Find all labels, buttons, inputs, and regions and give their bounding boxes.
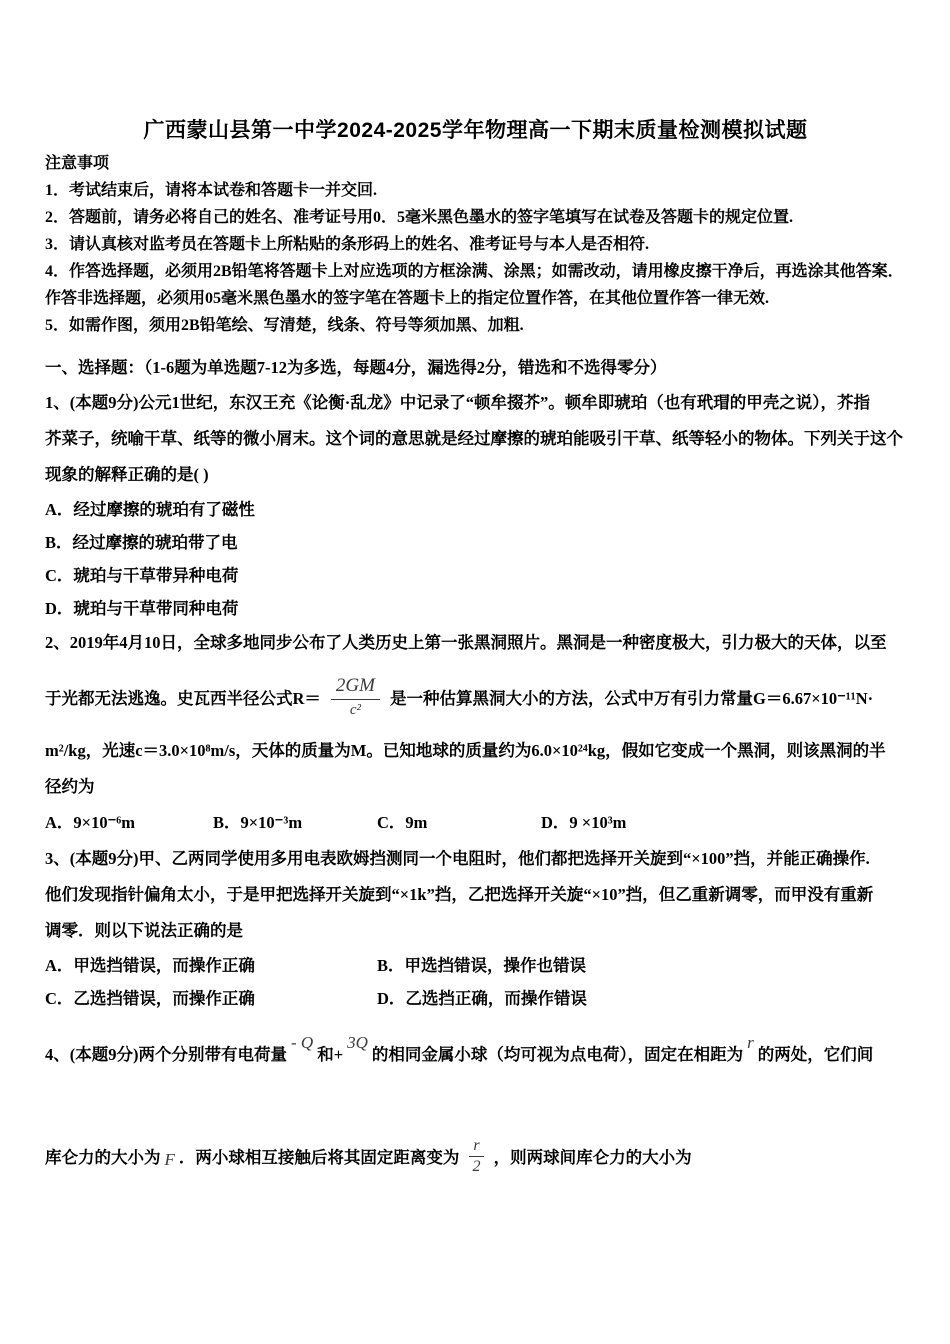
q4-mid-text-1: 和+ xyxy=(317,1041,343,1065)
q4-pre-text: 4、(本题9分)两个分别带有电荷量 xyxy=(45,1041,287,1065)
q3-text-line-2: 他们发现指针偏角太小，于是甲把选择开关旋到“×1k”挡，乙把选择开关旋“×10”… xyxy=(45,877,906,913)
q2-formula-line: 于光都无法逃逸。史瓦西半径公式R＝ 2GM c² 是一种估算黑洞大小的方法，公式… xyxy=(45,661,906,733)
q1-option-a: A．经过摩擦的琥珀有了磁性 xyxy=(45,493,906,526)
q1-option-b: B．经过摩擦的琥珀带了电 xyxy=(45,526,906,559)
half-distance-fraction: r 2 xyxy=(469,1137,483,1175)
q3-text-line-1: 3、(本题9分)甲、乙两同学使用多用电表欧姆挡测同一个电阻时，他们都把选择开关旋… xyxy=(45,841,906,877)
q2-text-line-3: m²/kg，光速c＝3.0×10⁸m/s，天体的质量为M。已知地球的质量约为6.… xyxy=(45,733,906,769)
q3-option-d: D．乙选挡正确，而操作错误 xyxy=(377,982,906,1015)
q3-option-b: B．甲选挡错误，操作也错误 xyxy=(377,949,906,982)
q4-line2-mid-text: ．两小球相互接触后将其固定距离变为 xyxy=(179,1144,460,1168)
q2-text-line-4: 径约为 xyxy=(45,769,906,805)
charge-negative-q: - Q xyxy=(291,1033,313,1053)
page-title: 广西蒙山县第一中学2024-2025学年物理高一下期末质量检测模拟试题 xyxy=(45,118,906,144)
question-1: 1、(本题9分)公元1世纪，东汉王充《论衡·乱龙》中记录了“顿牟掇芥”。顿牟即琥… xyxy=(45,385,906,625)
q4-line2-post-text: ，则两球间库仑力的大小为 xyxy=(494,1144,692,1168)
question-4: 4、(本题9分)两个分别带有电荷量 - Q 和+ 3Q 的相同金属小球（均可视为… xyxy=(45,1031,906,1185)
q4-mid-text-2: 的相同金属小球（均可视为点电荷），固定在相距为 xyxy=(372,1041,743,1065)
q3-option-a: A．甲选挡错误，而操作正确 xyxy=(45,949,377,982)
q2-option-a: A．9×10⁻⁶m xyxy=(45,805,213,841)
fraction-denominator: 2 xyxy=(469,1157,483,1176)
q2-formula-post-text: 是一种估算黑洞大小的方法，公式中万有引力常量G＝6.67×10⁻¹¹N· xyxy=(390,685,873,709)
q2-option-c: C．9m xyxy=(377,805,541,841)
notice-item-4: 4．作答选择题，必须用2B铅笔将答题卡上对应选项的方框涂满、涂黑；如需改动，请用… xyxy=(45,258,906,312)
q2-option-d: D．9 ×10³m xyxy=(541,805,626,841)
force-f-variable: F xyxy=(165,1150,175,1170)
q1-text-line-3: 现象的解释正确的是( ) xyxy=(45,457,906,493)
distance-r-variable: r xyxy=(747,1033,754,1053)
q3-text-line-3: 调零．则以下说法正确的是 xyxy=(45,913,906,949)
q2-formula-pre-text: 于光都无法逃逸。史瓦西半径公式R＝ xyxy=(45,685,321,709)
notice-item-1: 1．考试结束后，请将本试卷和答题卡一并交回. xyxy=(45,177,906,204)
q4-line2-pre-text: 库仑力的大小为 xyxy=(45,1144,161,1168)
fraction-numerator: 2GM xyxy=(331,676,380,700)
charge-positive-3q: 3Q xyxy=(347,1033,368,1053)
fraction-denominator: c² xyxy=(331,700,380,719)
q3-options-grid: A．甲选挡错误，而操作正确 B．甲选挡错误，操作也错误 C．乙选挡错误，而操作正… xyxy=(45,949,906,1015)
q1-text-line-2: 芥菜子，统喻干草、纸等的微小屑末。这个词的意思就是经过摩擦的琥珀能吸引干草、纸等… xyxy=(45,421,906,457)
notice-item-5: 5．如需作图，须用2B铅笔绘、写清楚，线条、符号等须加黑、加粗. xyxy=(45,312,906,339)
exam-document-page: 广西蒙山县第一中学2024-2025学年物理高一下期末质量检测模拟试题 注意事项… xyxy=(0,0,950,1344)
q2-options-row: A．9×10⁻⁶m B．9×10⁻³m C．9m D．9 ×10³m xyxy=(45,805,906,841)
q4-text-line-1: 4、(本题9分)两个分别带有电荷量 - Q 和+ 3Q 的相同金属小球（均可视为… xyxy=(45,1031,906,1075)
notice-item-3: 3．请认真核对监考员在答题卡上所粘贴的条形码上的姓名、准考证号与本人是否相符. xyxy=(45,231,906,258)
fraction-numerator: r xyxy=(469,1137,483,1157)
section-heading-choice-questions: 一、选择题：（1-6题为单选题7-12为多选，每题4分，漏选得2分，错选和不选得… xyxy=(45,351,906,385)
question-3: 3、(本题9分)甲、乙两同学使用多用电表欧姆挡测同一个电阻时，他们都把选择开关旋… xyxy=(45,841,906,1015)
q1-option-c: C．琥珀与干草带异种电荷 xyxy=(45,559,906,592)
q3-option-c: C．乙选挡错误，而操作正确 xyxy=(45,982,377,1015)
q4-text-line-2: 库仑力的大小为 F ．两小球相互接触后将其固定距离变为 r 2 ，则两球间库仑力… xyxy=(45,1127,906,1185)
q2-option-b: B．9×10⁻³m xyxy=(213,805,377,841)
q1-option-d: D．琥珀与干草带同种电荷 xyxy=(45,592,906,625)
q4-post-text: 的两处，它们间 xyxy=(758,1041,874,1065)
q2-text-line-1: 2、2019年4月10日，全球多地同步公布了人类历史上第一张黑洞照片。黑洞是一种… xyxy=(45,625,906,661)
schwarzschild-fraction: 2GM c² xyxy=(331,676,380,718)
notice-heading: 注意事项 xyxy=(45,150,906,177)
question-2: 2、2019年4月10日，全球多地同步公布了人类历史上第一张黑洞照片。黑洞是一种… xyxy=(45,625,906,841)
q1-text-line-1: 1、(本题9分)公元1世纪，东汉王充《论衡·乱龙》中记录了“顿牟掇芥”。顿牟即琥… xyxy=(45,385,906,421)
notice-item-2: 2．答题前，请务必将自己的姓名、准考证号用0．5毫米黑色墨水的签字笔填写在试卷及… xyxy=(45,204,906,231)
